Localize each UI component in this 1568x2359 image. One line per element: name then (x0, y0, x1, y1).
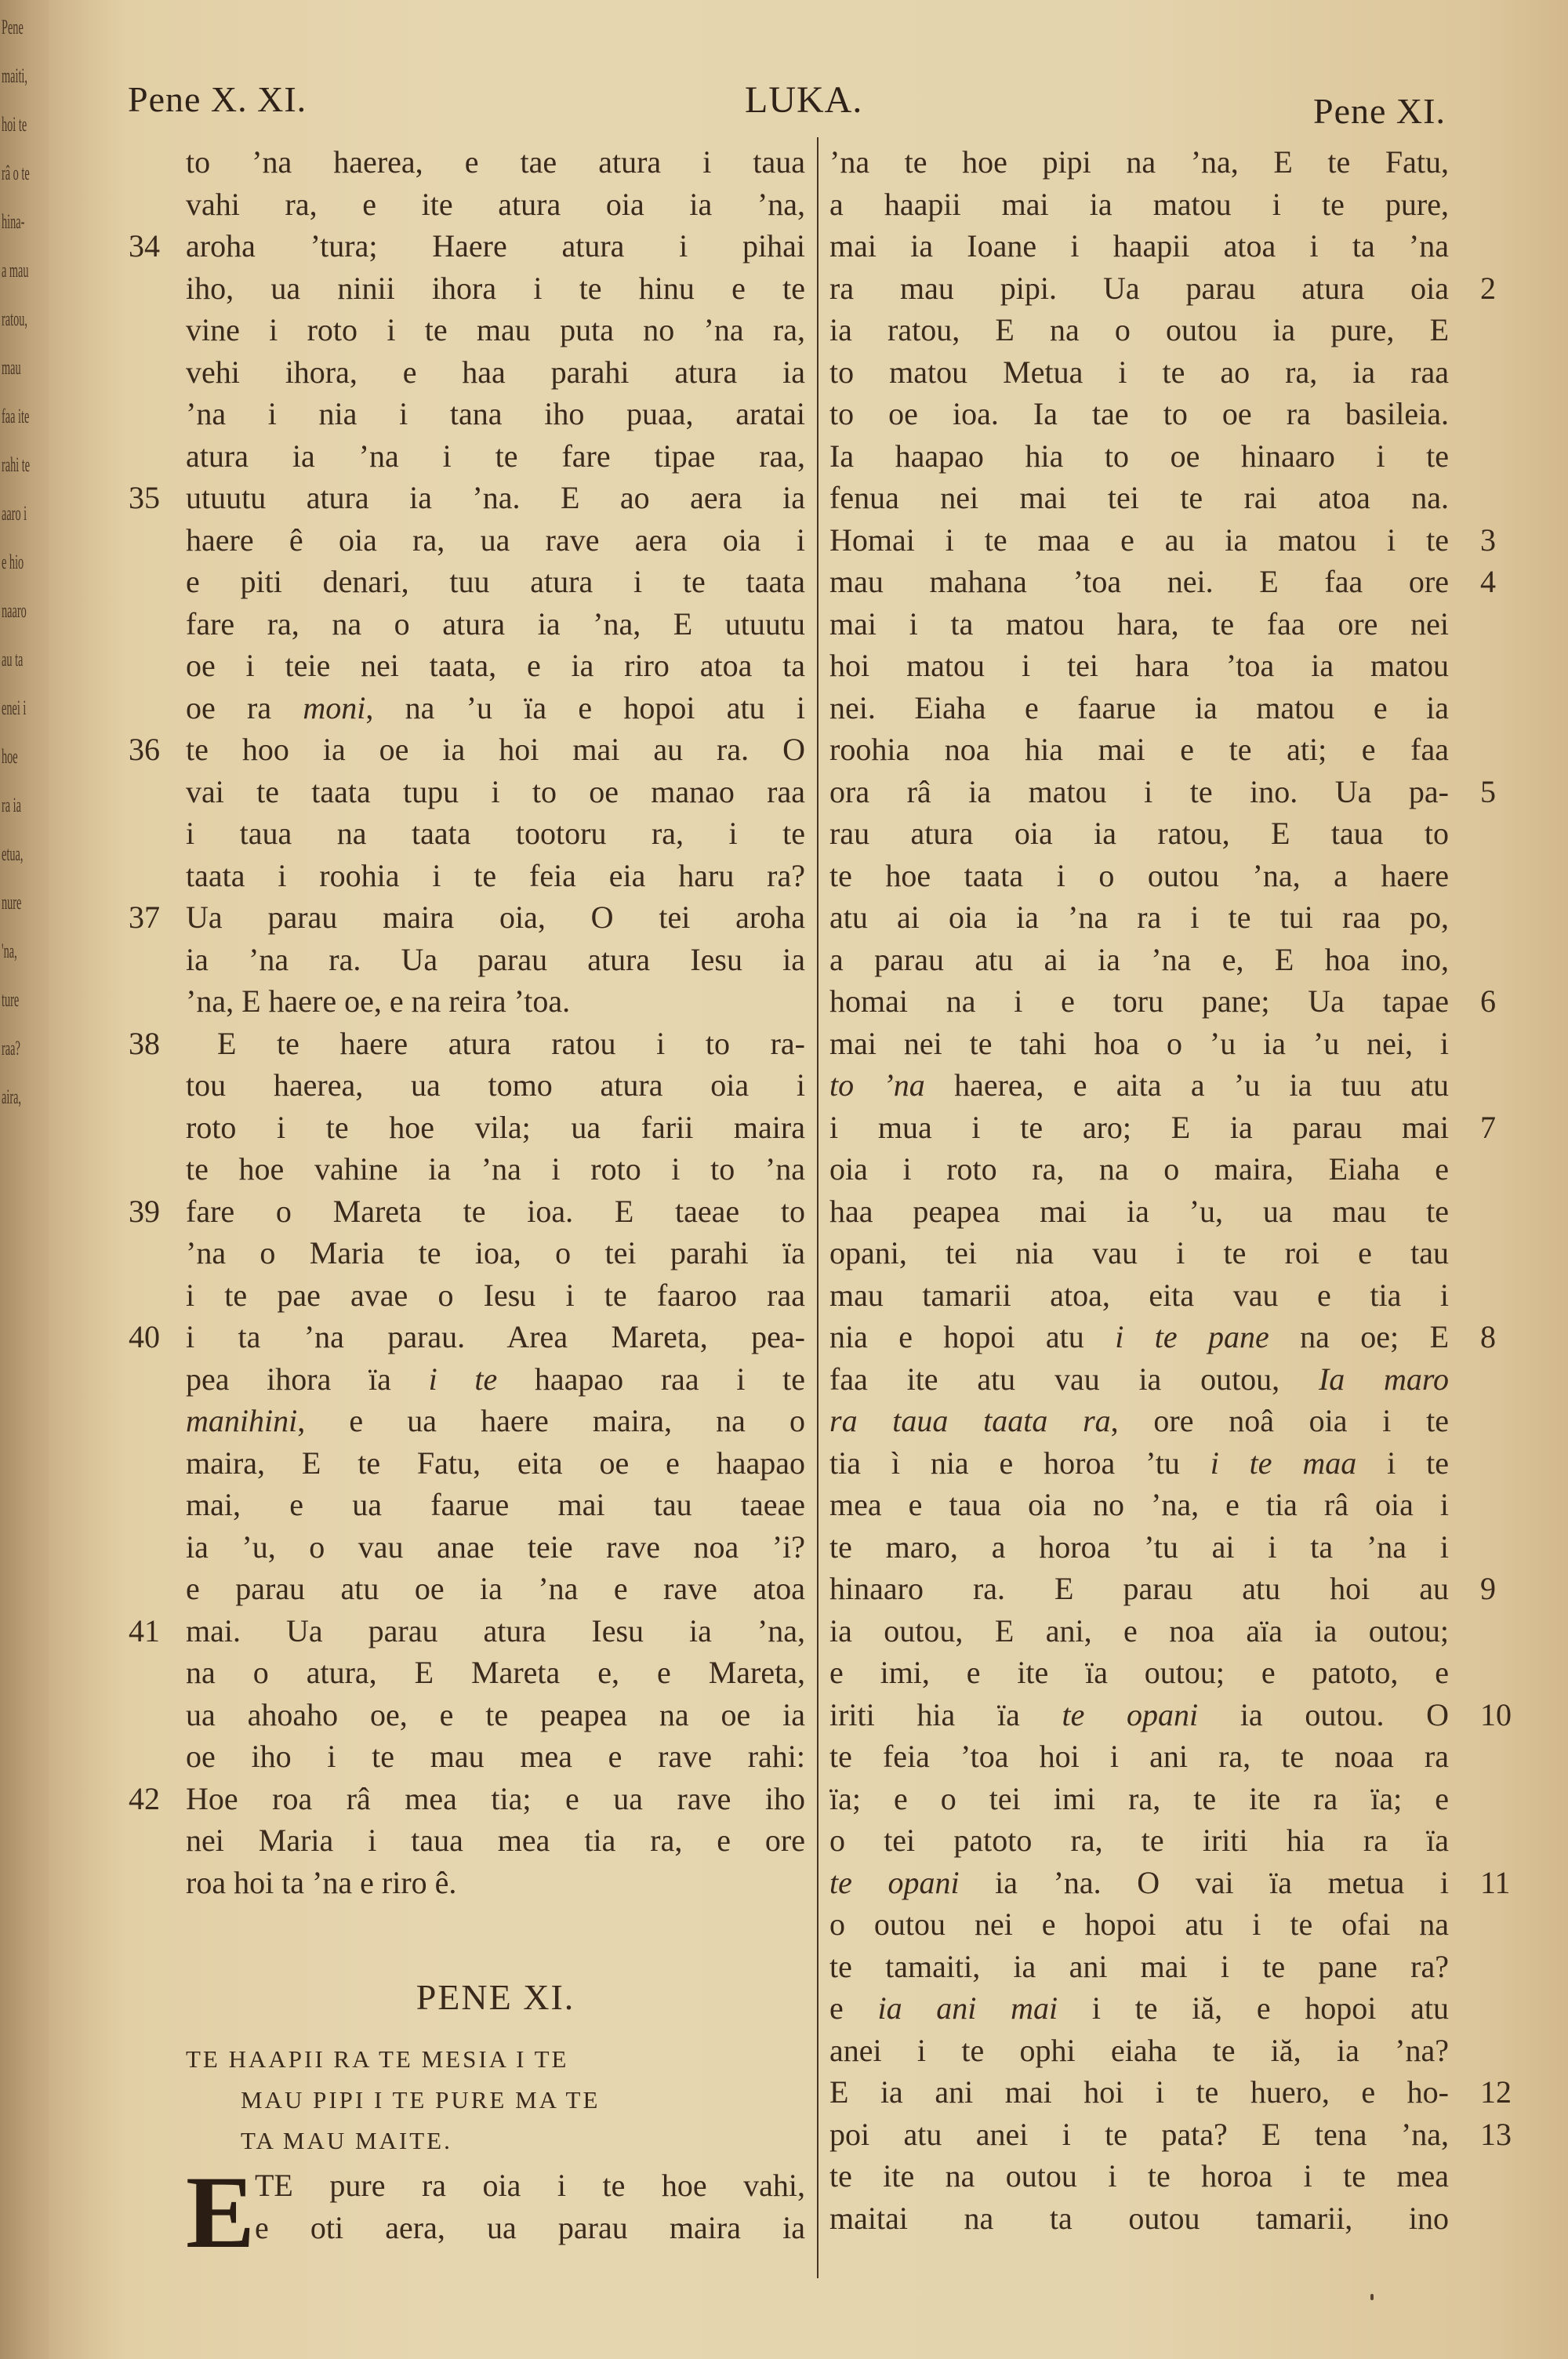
line-text: nei. Eiaha e faarue ia matou e ia (829, 687, 1449, 729)
text-line: 7i mua i te aro; E ia parau mai (829, 1107, 1449, 1149)
line-text: vahi ra, e ite atura oia ia ’na, (186, 184, 805, 226)
text-line: 4mau mahana ’toa nei. E faa ore (829, 561, 1449, 603)
line-text: e parau atu oe ia ’na e rave atoa (186, 1568, 805, 1610)
facing-page-text-fragment: ture (2, 988, 19, 1012)
line-text: mai i ta matou hara, te faa ore nei (829, 603, 1449, 645)
text-line: i te pae avae o Iesu i te faaroo raa (186, 1274, 805, 1317)
line-text: ia ’na ra. Ua parau atura Iesu ia (186, 939, 805, 981)
text-line: 3Homai i te maa e au ia matou i te (829, 519, 1449, 562)
text-line: to ’na haerea, e tae atura i taua (186, 141, 805, 184)
text-line: ’na i nia i tana iho puaa, aratai (186, 393, 805, 435)
line-text: ia ratou, E na o outou ia pure, E (829, 309, 1449, 351)
line-text: e imi, e ite ïa outou; e patoto, e (829, 1652, 1449, 1694)
text-line: 6homai na i e toru pane; Ua tapae (829, 980, 1449, 1023)
line-text: tia ì nia e horoa ’tu i te maa i te (829, 1442, 1449, 1485)
text-line: atu ai oia ia ’na ra i te tui raa po, (829, 896, 1449, 939)
text-line: vehi ihora, e haa parahi atura ia (186, 351, 805, 394)
line-text: nei Maria i taua mea tia ra, e ore (186, 1819, 805, 1862)
text-line: te hoe vahine ia ’na i roto i to ’na (186, 1148, 805, 1190)
running-head-book-title: LUKA. (745, 78, 862, 122)
line-text: fenua nei mai tei te rai atoa na. (829, 477, 1449, 519)
facing-page-text-fragment: aaro i (2, 502, 27, 525)
text-line: mai ia Ioane i haapii atoa i ta ’na (829, 225, 1449, 267)
text-line: tou haerea, ua tomo atura oia i (186, 1064, 805, 1107)
text-line: te hoe taata i o outou ’na, a haere (829, 855, 1449, 897)
text-line: nei. Eiaha e faarue ia matou e ia (829, 687, 1449, 729)
italic-text: moni (303, 690, 365, 725)
left-text-column: to ’na haerea, e tae atura i tauavahi ra… (186, 141, 805, 1903)
chapter-summary-line: TE HAAPII RA TE MESIA I TE (186, 2039, 805, 2080)
facing-page-text-fragment: aira, (2, 1085, 21, 1109)
facing-page-text-fragment: nure (2, 891, 21, 914)
text-line: o outou nei e hopoi atu i te ofai na (829, 1903, 1449, 1946)
facing-page-text-fragment: mau (2, 356, 21, 380)
text-line: oe i teie nei taata, e ia riro atoa ta (186, 645, 805, 687)
line-text: ïa; e o tei imi ra, te ite ra ïa; e (829, 1778, 1449, 1820)
line-text: mau mahana ’toa nei. E faa ore (829, 561, 1449, 603)
text-line: 9hinaaro ra. E parau atu hoi au (829, 1568, 1449, 1610)
verse-number: 12 (1480, 2071, 1543, 2114)
line-text: E te haere atura ratou i to ra- (217, 1023, 805, 1065)
chapter-summary: TE HAAPII RA TE MESIA I TE MAU PIPI I TE… (186, 2039, 805, 2161)
text-line: manihini, e ua haere maira, na o (186, 1400, 805, 1442)
line-text: maira, E te Fatu, eita oe e haapao (186, 1442, 805, 1485)
text-line: Ia haapao hia to oe hinaaro i te (829, 435, 1449, 478)
line-text: anei i te ophi eiaha te iă, ia ’na? (829, 2030, 1449, 2072)
line-text: Ua parau maira oia, O tei aroha (186, 896, 805, 939)
line-text: mai, e ua faarue mai tau taeae (186, 1484, 805, 1526)
line-text: oe ra moni, na ’u ïa e hopoi atu i (186, 687, 805, 729)
line-text: i taua na taata tootoru ra, i te (186, 812, 805, 855)
column-divider-rule (817, 137, 818, 2278)
line-text: i ta ’na parau. Area Mareta, pea- (186, 1316, 805, 1358)
line-text: taata i roohia i te feia eia haru ra? (186, 855, 805, 897)
line-text: fare o Mareta te ioa. E taeae to (186, 1190, 805, 1233)
verse-number: 42 (129, 1778, 176, 1820)
line-text: ua ahoaho oe, e te peapea na oe ia (186, 1694, 805, 1736)
facing-page-text-fragment: e hio (2, 551, 24, 574)
text-line: oia i roto ra, na o maira, Eiaha e (829, 1148, 1449, 1190)
line-text: vai te taata tupu i to oe manao raa (186, 771, 805, 813)
text-line: e imi, e ite ïa outou; e patoto, e (829, 1652, 1449, 1694)
italic-text: to ’na (829, 1067, 925, 1103)
line-text: o tei patoto ra, te iriti hia ra ïa (829, 1819, 1449, 1862)
opening-line: TE pure ra oia i te hoe vahi, (186, 2165, 805, 2207)
line-text: mai. Ua parau atura Iesu ia ’na, (186, 1610, 805, 1652)
text-line: mai nei te tahi hoa o ’u ia ’u nei, i (829, 1023, 1449, 1065)
line-text: ’na i nia i tana iho puaa, aratai (186, 393, 805, 435)
verse-number: 6 (1480, 980, 1543, 1023)
text-line: te feia ’toa hoi i ani ra, te noaa ra (829, 1736, 1449, 1778)
text-line: hoi matou i tei hara ’toa ia matou (829, 645, 1449, 687)
line-text: hoi matou i tei hara ’toa ia matou (829, 645, 1449, 687)
line-text: te feia ’toa hoi i ani ra, te noaa ra (829, 1736, 1449, 1778)
line-text: atu ai oia ia ’na ra i te tui raa po, (829, 896, 1449, 939)
text-line: oe iho i te mau mea e rave rahi: (186, 1736, 805, 1778)
text-line: faa ite atu vau ia outou, Ia maro (829, 1358, 1449, 1401)
line-text: e ia ani mai i te iă, e hopoi atu (829, 1987, 1449, 2030)
line-text: rau atura oia ia ratou, E taua to (829, 812, 1449, 855)
line-text: te ite na outou i te horoa i te mea (829, 2155, 1449, 2197)
text-line: 34aroha ’tura; Haere atura i pihai (186, 225, 805, 267)
text-line: mea e taua oia no ’na, e tia râ oia i (829, 1484, 1449, 1526)
line-text: pea ihora ïa i te haapao raa i te (186, 1358, 805, 1401)
line-text: roto i te hoe vila; ua farii maira (186, 1107, 805, 1149)
line-text: utuutu atura ia ’na. E ao aera ia (186, 477, 805, 519)
line-text: ’na te hoe pipi na ’na, E te Fatu, (829, 141, 1449, 184)
text-line: 35utuutu atura ia ’na. E ao aera ia (186, 477, 805, 519)
text-line: 10iriti hia ïa te opani ia outou. O (829, 1694, 1449, 1736)
line-text: hinaaro ra. E parau atu hoi au (829, 1568, 1449, 1610)
line-text: Homai i te maa e au ia matou i te (829, 519, 1449, 562)
line-text: oia i roto ra, na o maira, Eiaha e (829, 1148, 1449, 1190)
line-text: manihini, e ua haere maira, na o (186, 1400, 805, 1442)
text-line: ua ahoaho oe, e te peapea na oe ia (186, 1694, 805, 1736)
text-line: fenua nei mai tei te rai atoa na. (829, 477, 1449, 519)
opening-line: e oti aera, ua parau maira ia (186, 2207, 805, 2249)
line-text: aroha ’tura; Haere atura i pihai (186, 225, 805, 267)
line-text: to ’na haerea, e tae atura i taua (186, 141, 805, 184)
line-text: iho, ua ninii ihora i te hinu e te (186, 267, 805, 310)
facing-page-text-fragment: faa ite (2, 405, 29, 428)
italic-text: te opani (1062, 1697, 1199, 1732)
line-text: o outou nei e hopoi atu i te ofai na (829, 1903, 1449, 1946)
text-line: tia ì nia e horoa ’tu i te maa i te (829, 1442, 1449, 1485)
facing-page-text-fragment: ratou, (2, 307, 27, 331)
line-text: a haapii mai ia matou i te pure, (829, 184, 1449, 226)
text-line: 12E ia ani mai hoi i te huero, e ho- (829, 2071, 1449, 2114)
line-text: to matou Metua i te ao ra, ia raa (829, 351, 1449, 394)
facing-page-text-fragment: naaro (2, 599, 27, 623)
verse-number: 7 (1480, 1107, 1543, 1149)
text-line: maitai na ta outou tamarii, ino (829, 2197, 1449, 2240)
line-text: poi atu anei i te pata? E tena ’na, (829, 2114, 1449, 2156)
line-text: to oe ioa. Ia tae to oe ra basileia. (829, 393, 1449, 435)
verse-number: 41 (129, 1610, 176, 1652)
text-line: ia ’u, o vau anae teie rave noa ’i? (186, 1526, 805, 1568)
text-line: nei Maria i taua mea tia ra, e ore (186, 1819, 805, 1862)
text-line: to oe ioa. Ia tae to oe ra basileia. (829, 393, 1449, 435)
line-text: maitai na ta outou tamarii, ino (829, 2197, 1449, 2240)
text-line: ’na te hoe pipi na ’na, E te Fatu, (829, 141, 1449, 184)
facing-page-text-fragment: etua, (2, 842, 23, 866)
text-line: e piti denari, tuu atura i te taata (186, 561, 805, 603)
text-line: anei i te ophi eiaha te iă, ia ’na? (829, 2030, 1449, 2072)
text-line: 37Ua parau maira oia, O tei aroha (186, 896, 805, 939)
text-line: pea ihora ïa i te haapao raa i te (186, 1358, 805, 1401)
italic-text: te opani (829, 1865, 960, 1900)
text-line: iho, ua ninii ihora i te hinu e te (186, 267, 805, 310)
verse-number: 3 (1480, 519, 1543, 562)
line-text: opani, tei nia vau i te roi e tau (829, 1232, 1449, 1274)
line-text: te maro, a horoa ’tu ai i ta ’na i (829, 1526, 1449, 1568)
line-text: haere ê oia ra, ua rave aera oia i (186, 519, 805, 562)
line-text: te tamaiti, ia ani mai i te pane ra? (829, 1946, 1449, 1988)
text-line: to ’na haerea, e aita a ’u ia tuu atu (829, 1064, 1449, 1107)
text-line: vine i roto i te mau puta no ’na ra, (186, 309, 805, 351)
line-text: mai nei te tahi hoa o ’u ia ’u nei, i (829, 1023, 1449, 1065)
text-line: 41mai. Ua parau atura Iesu ia ’na, (186, 1610, 805, 1652)
chapter-summary-line: MAU PIPI I TE PURE MA TE (186, 2080, 805, 2121)
italic-text: i te (429, 1361, 498, 1397)
chapter-heading: PENE XI. (186, 1976, 805, 2018)
text-line: e parau atu oe ia ’na e rave atoa (186, 1568, 805, 1610)
text-line: opani, tei nia vau i te roi e tau (829, 1232, 1449, 1274)
line-text: homai na i e toru pane; Ua tapae (829, 980, 1449, 1023)
text-line: ia ratou, E na o outou ia pure, E (829, 309, 1449, 351)
verse-number: 40 (129, 1316, 176, 1358)
line-text: to ’na haerea, e aita a ’u ia tuu atu (829, 1064, 1449, 1107)
text-line: roohia noa hia mai e te ati; e faa (829, 729, 1449, 771)
text-line: i taua na taata tootoru ra, i te (186, 812, 805, 855)
line-text: tou haerea, ua tomo atura oia i (186, 1064, 805, 1107)
text-line: vahi ra, e ite atura oia ia ’na, (186, 184, 805, 226)
facing-page-text-fragment: 'na, (2, 940, 17, 963)
line-text: E ia ani mai hoi i te huero, e ho- (829, 2071, 1449, 2114)
drop-cap-initial: E (186, 2169, 255, 2255)
line-text: faa ite atu vau ia outou, Ia maro (829, 1358, 1449, 1401)
line-text: te hoe vahine ia ’na i roto i to ’na (186, 1148, 805, 1190)
facing-page-text-fragment: enei i (2, 696, 26, 720)
text-line: 38E te haere atura ratou i to ra- (186, 1023, 805, 1065)
line-text: ’na o Maria te ioa, o tei parahi ïa (186, 1232, 805, 1274)
line-text: vehi ihora, e haa parahi atura ia (186, 351, 805, 394)
facing-page-text-fragment: rahi te (2, 453, 30, 477)
verse-number: 38 (129, 1023, 176, 1065)
facing-page-text-fragment: hina- (2, 210, 24, 234)
line-text: haa peapea mai ia ’u, ua mau te (829, 1190, 1449, 1233)
line-text: te opani ia ’na. O vai ïa metua i (829, 1862, 1449, 1904)
text-line: te ite na outou i te horoa i te mea (829, 2155, 1449, 2197)
facing-page-text-fragment: râ o te (2, 162, 30, 185)
line-text: mea e taua oia no ’na, e tia râ oia i (829, 1484, 1449, 1526)
line-text: e piti denari, tuu atura i te taata (186, 561, 805, 603)
line-text: ra mau pipi. Ua parau atura oia (829, 267, 1449, 310)
text-line: atura ia ’na i te fare tipae raa, (186, 435, 805, 478)
line-text: mau tamarii atoa, eita vau e tia i (829, 1274, 1449, 1317)
text-line: 13poi atu anei i te pata? E tena ’na, (829, 2114, 1449, 2156)
verse-number: 35 (129, 477, 176, 519)
text-line: te tamaiti, ia ani mai i te pane ra? (829, 1946, 1449, 1988)
text-line: vai te taata tupu i to oe manao raa (186, 771, 805, 813)
text-line: te maro, a horoa ’tu ai i ta ’na i (829, 1526, 1449, 1568)
verse-number: 2 (1480, 267, 1543, 310)
line-text: i te pae avae o Iesu i te faaroo raa (186, 1274, 805, 1317)
text-line: na o atura, E Mareta e, e Mareta, (186, 1652, 805, 1694)
verse-number: 39 (129, 1190, 176, 1233)
italic-text: i te maa (1210, 1445, 1357, 1481)
line-text: nia e hopoi atu i te pane na oe; E (829, 1316, 1449, 1358)
verse-number: 5 (1480, 771, 1543, 813)
text-line: 2ra mau pipi. Ua parau atura oia (829, 267, 1449, 310)
text-line: taata i roohia i te feia eia haru ra? (186, 855, 805, 897)
text-line: ’na o Maria te ioa, o tei parahi ïa (186, 1232, 805, 1274)
print-speck (1370, 2294, 1374, 2300)
facing-page-text-fragment: au ta (2, 648, 23, 671)
line-text: ra taua taata ra, ore noâ oia i te (829, 1400, 1449, 1442)
text-line: ia outou, E ani, e noa aïa ia outou; (829, 1610, 1449, 1652)
line-text: iriti hia ïa te opani ia outou. O (829, 1694, 1449, 1736)
verse-number: 10 (1480, 1694, 1543, 1736)
line-text: te hoo ia oe ia hoi mai au ra. O (186, 729, 805, 771)
line-text: ia ’u, o vau anae teie rave noa ’i? (186, 1526, 805, 1568)
verse-number: 11 (1480, 1862, 1543, 1904)
text-line: ’na, E haere oe, e na reira ’toa. (186, 980, 805, 1023)
italic-text: manihini (186, 1403, 297, 1438)
verse-number: 4 (1480, 561, 1543, 603)
right-text-column: ’na te hoe pipi na ’na, E te Fatu,a haap… (829, 141, 1449, 2239)
text-line: 36te hoo ia oe ia hoi mai au ra. O (186, 729, 805, 771)
text-line: mai i ta matou hara, te faa ore nei (829, 603, 1449, 645)
italic-text: i te pane (1115, 1319, 1269, 1354)
text-line: e ia ani mai i te iă, e hopoi atu (829, 1987, 1449, 2030)
facing-page-text-fragment: ra ia (2, 794, 21, 817)
line-text: te hoe taata i o outou ’na, a haere (829, 855, 1449, 897)
running-head-left: Pene X. XI. (128, 78, 307, 120)
line-text: roohia noa hia mai e te ati; e faa (829, 729, 1449, 771)
line-text: atura ia ’na i te fare tipae raa, (186, 435, 805, 478)
text-line: 8nia e hopoi atu i te pane na oe; E (829, 1316, 1449, 1358)
line-text: oe iho i te mau mea e rave rahi: (186, 1736, 805, 1778)
text-line: roa hoi ta ’na e riro ê. (186, 1862, 805, 1904)
text-line: haa peapea mai ia ’u, ua mau te (829, 1190, 1449, 1233)
chapter-summary-line: TA MAU MAITE. (186, 2121, 805, 2161)
line-text: Ia haapao hia to oe hinaaro i te (829, 435, 1449, 478)
facing-page-text-fragment: Pene (2, 16, 24, 39)
line-text: roa hoi ta ’na e riro ê. (186, 1865, 456, 1900)
text-line: roto i te hoe vila; ua farii maira (186, 1107, 805, 1149)
text-line: maira, E te Fatu, eita oe e haapao (186, 1442, 805, 1485)
text-line: mau tamarii atoa, eita vau e tia i (829, 1274, 1449, 1317)
text-line: ra taua taata ra, ore noâ oia i te (829, 1400, 1449, 1442)
verse-number: 34 (129, 225, 176, 267)
verse-number: 9 (1480, 1568, 1543, 1610)
italic-text: Ia maro (1319, 1361, 1449, 1397)
facing-page-edge: Penemaiti,hoi terâ o tehina-a mauratou,m… (0, 0, 49, 2359)
facing-page-text-fragment: hoi te (2, 113, 27, 136)
italic-text: ra taua taata ra (829, 1403, 1111, 1438)
text-line: oe ra moni, na ’u ïa e hopoi atu i (186, 687, 805, 729)
text-line: o tei patoto ra, te iriti hia ra ïa (829, 1819, 1449, 1862)
line-text: ora râ ia matou i te ino. Ua pa- (829, 771, 1449, 813)
text-line: ia ’na ra. Ua parau atura Iesu ia (186, 939, 805, 981)
text-line: a parau atu ai ia ’na e, E hoa ino, (829, 939, 1449, 981)
text-line: mai, e ua faarue mai tau taeae (186, 1484, 805, 1526)
facing-page-text-fragment: raa? (2, 1037, 20, 1060)
chapter-opening: E TE pure ra oia i te hoe vahi, e oti ae… (186, 2165, 805, 2248)
text-line: a haapii mai ia matou i te pure, (829, 184, 1449, 226)
text-line: 5ora râ ia matou i te ino. Ua pa- (829, 771, 1449, 813)
line-text: ’na, E haere oe, e na reira ’toa. (186, 983, 570, 1019)
verse-number: 36 (129, 729, 176, 771)
text-line: 42Hoe roa râ mea tia; e ua rave iho (186, 1778, 805, 1820)
line-text: fare ra, na o atura ia ’na, E utuutu (186, 603, 805, 645)
line-text: mai ia Ioane i haapii atoa i ta ’na (829, 225, 1449, 267)
line-text: vine i roto i te mau puta no ’na ra, (186, 309, 805, 351)
facing-page-text-fragment: maiti, (2, 64, 27, 88)
facing-page-text-fragment: a mau (2, 259, 29, 282)
line-text: oe i teie nei taata, e ia riro atoa ta (186, 645, 805, 687)
verse-number: 13 (1480, 2114, 1543, 2156)
text-line: 11te opani ia ’na. O vai ïa metua i (829, 1862, 1449, 1904)
verse-number: 8 (1480, 1316, 1543, 1358)
italic-text: ia ani mai (877, 1990, 1058, 2026)
facing-page-text-fragment: hoe (2, 745, 18, 769)
line-text: i mua i te aro; E ia parau mai (829, 1107, 1449, 1149)
text-line: 39fare o Mareta te ioa. E taeae to (186, 1190, 805, 1233)
running-head-right: Pene XI. (1313, 90, 1446, 132)
line-text: ia outou, E ani, e noa aïa ia outou; (829, 1610, 1449, 1652)
line-text: a parau atu ai ia ’na e, E hoa ino, (829, 939, 1449, 981)
text-line: haere ê oia ra, ua rave aera oia i (186, 519, 805, 562)
text-line: 40i ta ’na parau. Area Mareta, pea- (186, 1316, 805, 1358)
verse-number: 37 (129, 896, 176, 939)
text-line: to matou Metua i te ao ra, ia raa (829, 351, 1449, 394)
line-text: Hoe roa râ mea tia; e ua rave iho (186, 1778, 805, 1820)
line-text: na o atura, E Mareta e, e Mareta, (186, 1652, 805, 1694)
text-line: ïa; e o tei imi ra, te ite ra ïa; e (829, 1778, 1449, 1820)
text-line: fare ra, na o atura ia ’na, E utuutu (186, 603, 805, 645)
text-line: rau atura oia ia ratou, E taua to (829, 812, 1449, 855)
